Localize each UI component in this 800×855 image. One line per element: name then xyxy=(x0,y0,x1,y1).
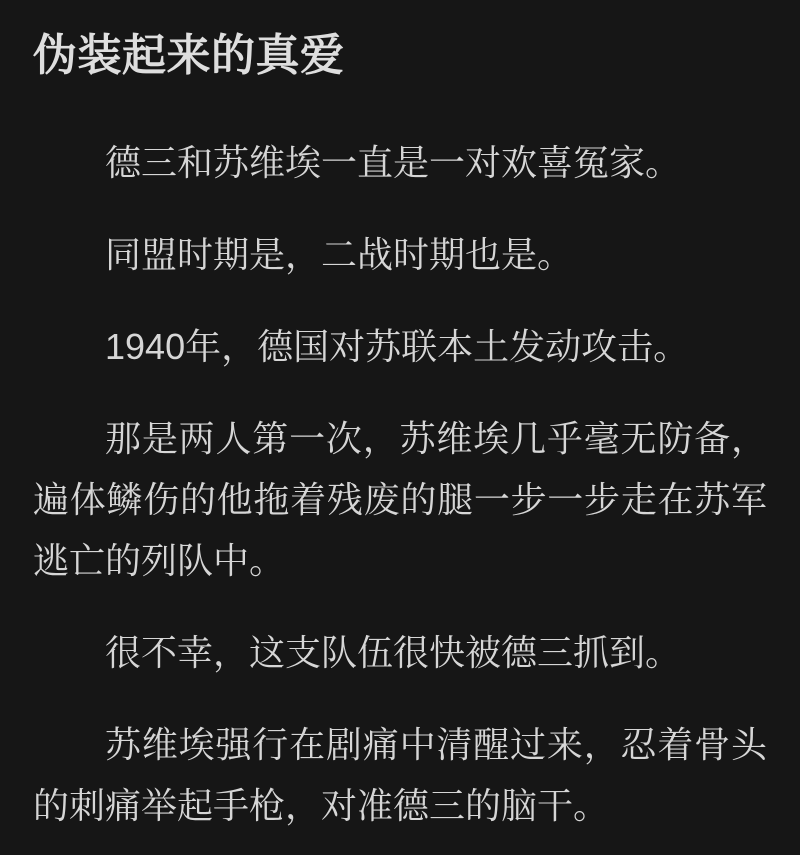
article-title: 伪装起来的真爱 xyxy=(33,28,767,84)
article-paragraph: 苏维埃强行在剧痛中清醒过来，忍着骨头的刺痛举起手枪，对准德三的脑干。 xyxy=(33,714,767,836)
article-paragraph: 那是两人第一次，苏维埃几乎毫无防备，遍体鳞伤的他拖着残废的腿一步一步走在苏军逃亡… xyxy=(33,408,767,591)
article-paragraph: 1940年，德国对苏联本土发动攻击。 xyxy=(33,316,767,377)
article-body: 伪装起来的真爱 德三和苏维埃一直是一对欢喜冤家。 同盟时期是，二战时期也是。 1… xyxy=(0,0,800,836)
article-paragraph: 很不幸，这支队伍很快被德三抓到。 xyxy=(33,622,767,683)
article-paragraph: 同盟时期是，二战时期也是。 xyxy=(33,224,767,285)
article-paragraph: 德三和苏维埃一直是一对欢喜冤家。 xyxy=(33,132,767,193)
